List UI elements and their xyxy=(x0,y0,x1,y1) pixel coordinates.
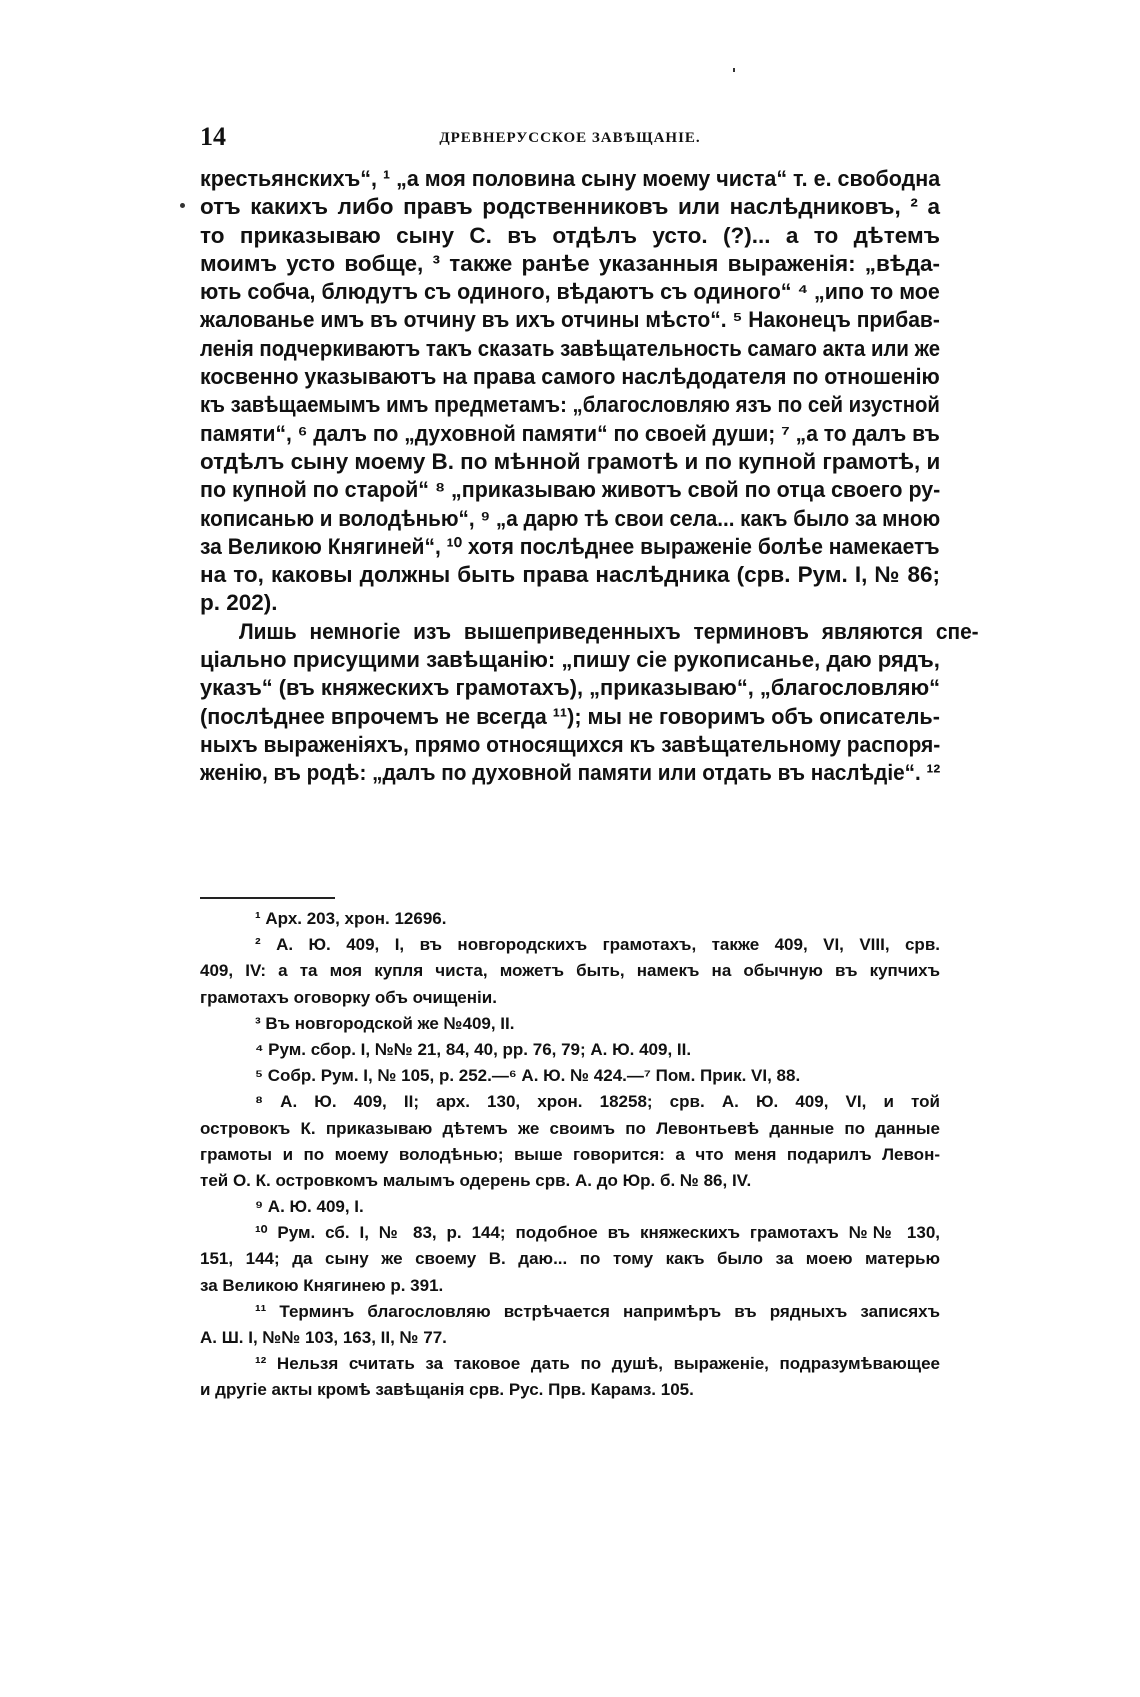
text-line: по купной по старой“ ⁸ „приказываю живот… xyxy=(200,476,940,504)
text-line: памяти“, ⁶ далъ по „духовной памяти“ по … xyxy=(200,420,940,448)
footnote-line: 151, 144; да сыну же своему В. даю... по… xyxy=(200,1246,940,1272)
page-header: 14 ДРЕВНЕРУССКОЕ ЗАВѢЩАНІЕ. xyxy=(200,122,940,152)
footnote-divider xyxy=(200,897,335,899)
scan-speck xyxy=(733,68,735,72)
text-line: женію, въ родѣ: „далъ по духовной памяти… xyxy=(200,759,940,787)
text-line: ють собча, блюдутъ съ одиного, вѣдаютъ с… xyxy=(200,278,940,306)
footnote-line: ⁴ Рум. сбор. I, №№ 21, 84, 40, pp. 76, 7… xyxy=(200,1037,940,1063)
text-line: отъ какихъ либо правъ родственниковъ или… xyxy=(200,193,940,221)
text-line: (послѣднее впрочемъ не всегда ¹¹); мы не… xyxy=(200,703,940,731)
text-line: косвенно указываютъ на права самого насл… xyxy=(200,363,940,391)
footnote-line: ⁹ А. Ю. 409, I. xyxy=(200,1194,940,1220)
text-line: ціально присущими завѣщанію: „пишу сіе р… xyxy=(200,646,940,674)
footnote-line: ² А. Ю. 409, I, въ новгородскихъ грамота… xyxy=(200,932,940,958)
footnote-line: ³ Въ новгородской же №409, II. xyxy=(200,1011,940,1037)
text-line: то приказываю сыну С. въ отдѣлъ усто. (?… xyxy=(200,222,940,250)
text-line: на то, каковы должны быть права наслѣдни… xyxy=(200,561,940,589)
footnote-line: ¹¹ Терминъ благословляю встрѣчается напр… xyxy=(200,1299,940,1325)
text-line: кописанью и володѣнью“, ⁹ „а дарю тѣ сво… xyxy=(200,505,940,533)
footnote-line: и другіе акты кромѣ завѣщанія срв. Рус. … xyxy=(200,1377,940,1403)
footnote-line: 409, IV: а та моя купля чиста, можетъ бы… xyxy=(200,958,940,984)
footnote-line: тей О. К. островкомъ малымъ одерень срв.… xyxy=(200,1168,940,1194)
text-line: отдѣлъ сыну моему В. по мѣнной грамотѣ и… xyxy=(200,448,940,476)
footnote-line: грамоты и по моему володѣнью; выше говор… xyxy=(200,1142,940,1168)
text-line: p. 202). xyxy=(200,589,940,617)
text-line: ныхъ выраженіяхъ, прямо относящихся къ з… xyxy=(200,731,940,759)
text-line: ленія подчеркиваютъ такъ сказать завѣщат… xyxy=(200,335,940,363)
footnote-line: ¹⁰ Рум. сб. I, № 83, p. 144; подобное въ… xyxy=(200,1220,940,1246)
text-line: крестьянскихъ“, ¹ „а моя половина сыну м… xyxy=(200,165,940,193)
running-head: ДРЕВНЕРУССКОЕ ЗАВѢЩАНІЕ. xyxy=(200,130,940,147)
footnote-line: ⁵ Собр. Рум. I, № 105, p. 252.—⁶ А. Ю. №… xyxy=(200,1063,940,1089)
footnote-line: ¹² Нельзя считать за таковое дать по душ… xyxy=(200,1351,940,1377)
text-line: указъ“ (въ княжескихъ грамотахъ), „прика… xyxy=(200,674,940,702)
text-line: Лишь немногіе изъ вышеприведенныхъ терми… xyxy=(200,618,979,646)
footnotes: ¹ Арх. 203, хрон. 12696.² А. Ю. 409, I, … xyxy=(200,906,940,1404)
text-line: моимъ усто вобще, ³ также ранѣе указанны… xyxy=(200,250,940,278)
footnote-line: островокъ К. приказываю дѣтемъ же своимъ… xyxy=(200,1116,940,1142)
footnote-line: за Великою Княгинею p. 391. xyxy=(200,1273,940,1299)
footnote-line: ⁸ А. Ю. 409, II; арх. 130, хрон. 18258; … xyxy=(200,1089,940,1115)
text-line: за Великою Княгиней“, ¹⁰ хотя послѣднее … xyxy=(200,533,940,561)
footnote-line: ¹ Арх. 203, хрон. 12696. xyxy=(200,906,940,932)
footnote-line: А. Ш. I, №№ 103, 163, II, № 77. xyxy=(200,1325,940,1351)
main-text: крестьянскихъ“, ¹ „а моя половина сыну м… xyxy=(200,165,940,788)
footnote-line: грамотахъ оговорку объ очищеніи. xyxy=(200,985,940,1011)
text-line: къ завѣщаемымъ имъ предметамъ: „благосло… xyxy=(200,391,940,419)
text-line: жалованье имъ въ отчину въ ихъ отчины мѣ… xyxy=(200,306,940,334)
scan-speck xyxy=(180,203,185,208)
